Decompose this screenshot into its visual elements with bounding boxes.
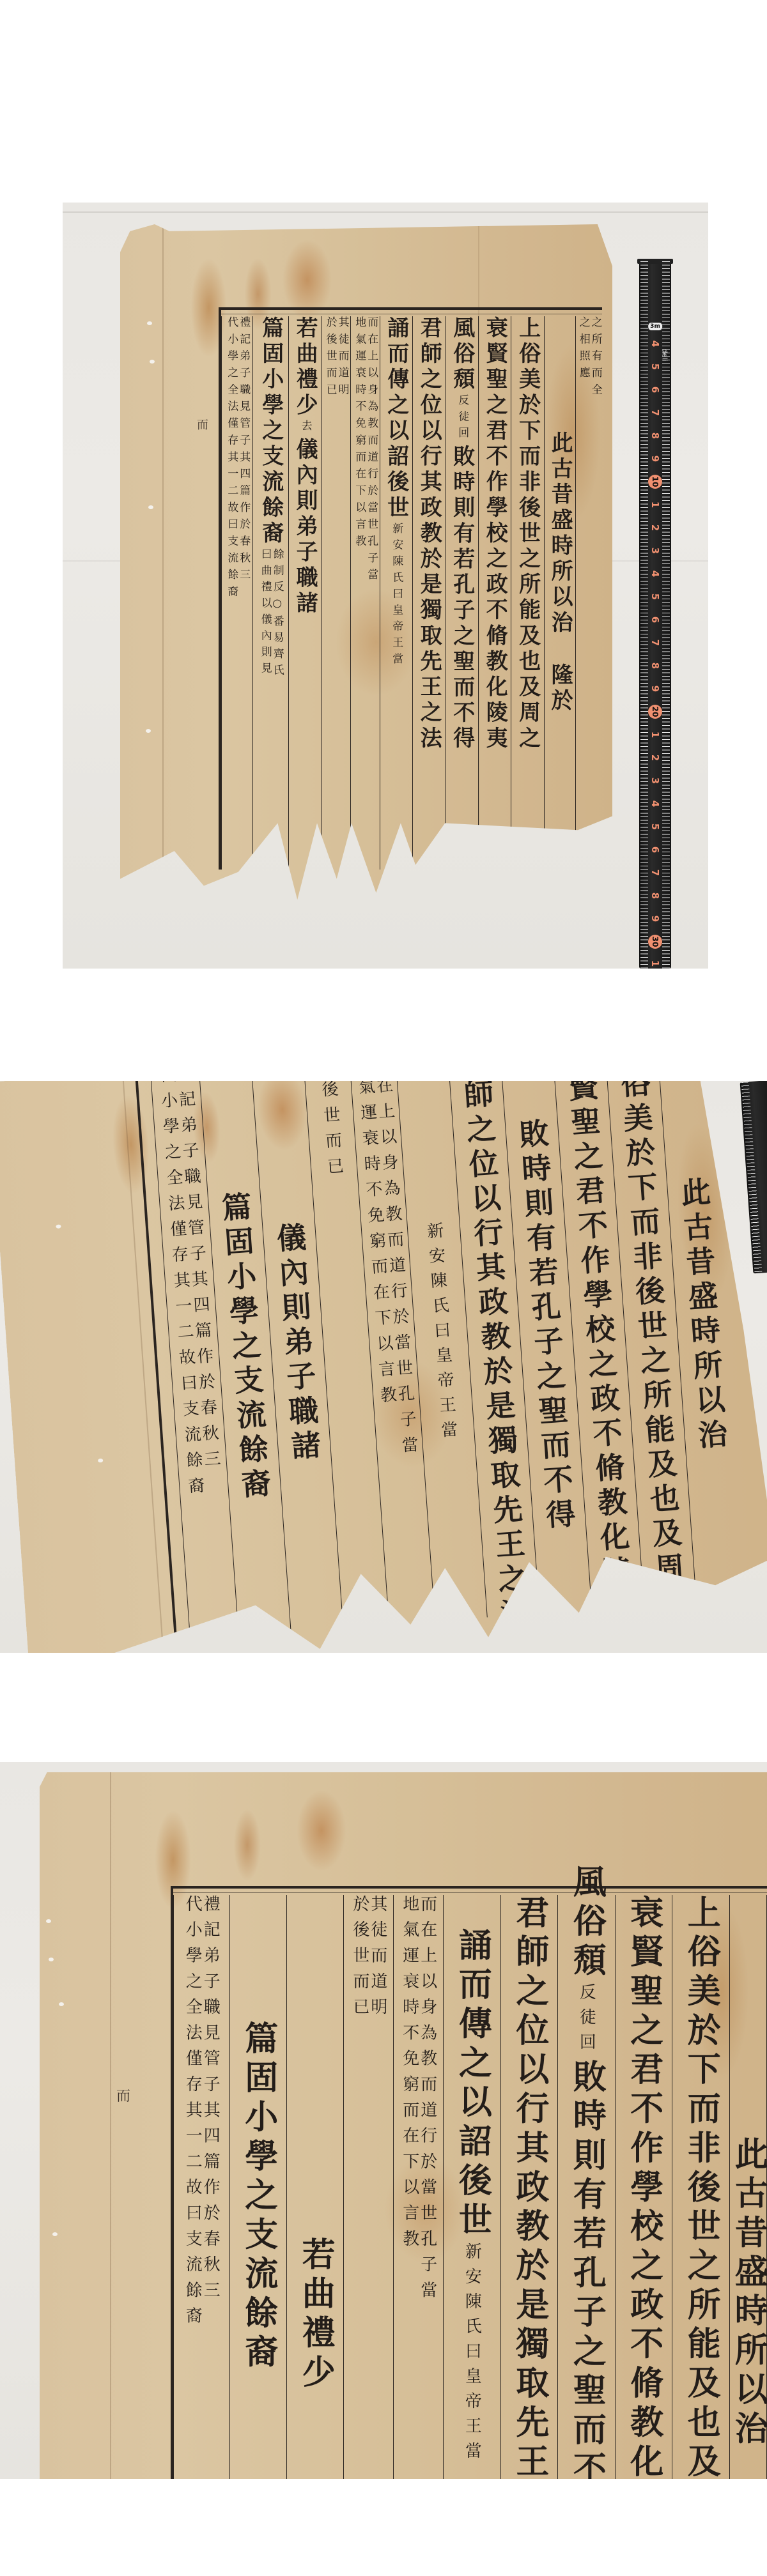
text-column: 君師之位以行其政教於是獨取先王之法 [500, 1895, 557, 2479]
printed-frame: 此古昔盛時所以治 上俗美於下而非後世之所能及也及周之 衰賢聖之君不作學校之政不脩… [134, 1081, 748, 1639]
text-column: 誦而傳之以詔後世 新安陳氏曰皇帝王當 [443, 1895, 500, 2479]
column-line: 衰賢聖之君不作學校之政不脩教化陵夷 [484, 316, 506, 870]
column-line: 篇固小學之支流餘裔 [260, 316, 282, 547]
tape-number: 8 [649, 663, 661, 669]
tape-number: 6 [649, 617, 661, 623]
column-line: 若曲禮少 [294, 316, 316, 418]
tape-number-30: 30 [648, 935, 662, 949]
text-column: 而在上以身為教而道行於當世孔子當 地氣運衰時不免窮而在下以言教 [350, 316, 380, 870]
tape-number-20: 20 [648, 705, 662, 719]
text-column: 風俗頹 反徒回 敗時則有若孔子之聖而不得 [445, 316, 477, 870]
column-line: 君師之位以行其政教於是獨取先王之法 [418, 316, 440, 870]
column-line: 之相照應 [578, 316, 589, 870]
antique-page: 而 之所有而全 之相照應 此古昔盛時所以治 隆於 上俗美於下而非後世之所能及也及… [120, 224, 612, 921]
column-line: 而在上以身為教而道行於當世孔子當 [419, 1895, 436, 2479]
column-line: 之所有而全 [590, 316, 601, 870]
text-column: 衰賢聖之君不作學校之政不脩教化陵夷 [478, 316, 511, 870]
column-line: 敗時則有若孔子之聖而不得 [569, 2059, 603, 2479]
printed-frame: 之所有而全 之相照應 此古昔盛時所以治 隆於 上俗美於下而非後世之所能及也及周之… [219, 307, 602, 870]
column-line: 若曲禮少 [298, 2237, 332, 2393]
column-line: 隆於 [549, 663, 571, 714]
column-line: 儀內則弟子職諸 [294, 438, 316, 617]
text-column: 若曲禮少 去 儀內則弟子職諸 [288, 316, 321, 870]
text-column: 風俗頹 反徒回 敗時則有若孔子之聖而不得 [557, 1895, 614, 2479]
frame-rule [173, 1892, 767, 1893]
tape-ticks [640, 261, 648, 969]
text-column: 誦而傳之以詔後世 新安陳氏曰皇帝王當 [380, 316, 412, 870]
antique-page: 此古昔盛時所以治 上俗美於下而非後世之所能及也及周之 衰賢聖之君不作學校之政不脩… [0, 1081, 767, 1653]
tape-number: 6 [649, 387, 661, 393]
column-line: 儀內則弟子職諸 [274, 1222, 320, 1466]
column-line: 代小學之全法僅存其一二故曰支流餘裔 [226, 316, 236, 870]
column-line: 篇固小學之支流餘裔 [219, 1191, 270, 1505]
tape-number: 1 [649, 732, 661, 738]
text-column: 其徒而道明 於後世而已 [321, 316, 350, 870]
margin-character: 而 [116, 2085, 130, 2105]
tape-number: 4 [649, 571, 661, 577]
tape-number: 1 [649, 502, 661, 508]
binding-hole [148, 505, 153, 509]
column-line: 風俗頹 [451, 316, 473, 393]
text-column: 上俗美於下而非後世之所能及也及周之 [511, 316, 543, 870]
column-line: 禮記弟子職見管子其四篇作於春秋三 [202, 1895, 219, 2479]
column-line: 新安陳氏曰皇帝王當 [425, 1221, 457, 1446]
binding-hole [150, 360, 155, 364]
column-line: 風俗頹 [569, 1864, 603, 1982]
tape-number: 9 [649, 456, 661, 462]
column-line: 敗時則有若孔子之聖而不得 [451, 445, 473, 752]
column-line: 代小學之全法僅存其一二故曰支流餘裔 [184, 1895, 201, 2479]
printed-frame: 之所有而全 之相照應 此古昔盛時所以治 上俗美於下而非後世之所能及也及周之 衰賢… [171, 1886, 767, 2479]
text-column: 禮記弟子職見管子其四篇作於春秋三 代小學之全法僅存其一二故曰支流餘裔 [173, 1895, 229, 2479]
text-column: 禮記弟子職見管子其四篇作於春秋三 代小學之全法僅存其一二故曰支流餘裔 [221, 316, 253, 870]
column-line: 地氣運衰時不免窮而在下以言教 [401, 1895, 418, 2479]
tape-number: 4 [649, 801, 661, 807]
binding-hole [147, 321, 152, 325]
tape-number: 9 [649, 686, 661, 692]
tape-number: 5 [649, 594, 661, 600]
tape-number: 8 [649, 893, 661, 899]
binding-hole [56, 1224, 61, 1229]
column-line: 其徒而道明 [337, 316, 348, 870]
tape-number: 9 [649, 916, 661, 922]
text-column: 衰賢聖之君不作學校之政不脩教化陵夷 [615, 1895, 672, 2479]
column-line: 去 [300, 420, 311, 436]
tape-number: 1 [649, 960, 661, 967]
text-column: 君師之位以行其政教於是獨取先王之法 [412, 316, 445, 870]
tape-number-10: 10 [648, 475, 662, 489]
tape-number: 7 [649, 410, 661, 416]
binding-hole [59, 2002, 64, 2006]
tape-number: 7 [649, 870, 661, 876]
text-column: 而在上以身為教而道行於當世孔子當 地氣運衰時不免窮而在下以言教 [393, 1895, 443, 2479]
wall-seam [63, 211, 708, 213]
binding-hole [98, 1459, 103, 1463]
tape-ticks [741, 1082, 763, 1273]
column-line: 此古昔盛時所以治 [549, 431, 571, 636]
tape-length-badge: 3m [648, 323, 662, 330]
column-line: 新安陳氏曰皇帝王當 [391, 523, 401, 670]
text-column: 其徒而道明 於後世而已 [343, 1895, 393, 2479]
tape-number: 2 [649, 755, 661, 761]
column-line: 餘制反○番易齊氏 [272, 548, 283, 680]
tape-number: 3 [649, 548, 661, 554]
column-line: 誦而傳之以詔後世 [385, 316, 407, 521]
fold-line [162, 224, 164, 921]
column-line: 地氣運衰時不免窮而在下以言教 [353, 316, 364, 870]
text-column: 上俗美於下而非後世之所能及也及周之 [672, 1895, 729, 2479]
text-columns: 此古昔盛時所以治 上俗美於下而非後世之所能及也及周之 衰賢聖之君不作學校之政不脩… [137, 1081, 748, 1639]
column-line: 君師之位以行其政教於是獨取先王之法 [513, 1895, 546, 2479]
binding-hole [49, 1958, 54, 1961]
fold-line [110, 1772, 111, 2479]
column-line: 曰曲禮以儀內則見 [260, 548, 270, 680]
photo-full-page: 而 之所有而全 之相照應 此古昔盛時所以治 隆於 上俗美於下而非後世之所能及也及… [63, 203, 708, 969]
column-line: 此古昔盛時所以治 [731, 2136, 764, 2450]
column-line: 新安陳氏曰皇帝王當 [463, 2242, 480, 2467]
text-column: 若曲禮少 [286, 1895, 343, 2479]
photo-closeup-upper: 而 之所有而全 之相照應 此古昔盛時所以治 上俗美於下而非後世之所能及也及周之 … [0, 1762, 767, 2479]
column-line: 上俗美於下而非後世之所能及也及周之 [517, 316, 539, 870]
tape-number: 3 [649, 778, 661, 784]
column-line: 於後世而已 [325, 316, 336, 870]
tape-number: 8 [649, 433, 661, 439]
column-line: 禮記弟子職見管子其四篇作於春秋三 [238, 316, 249, 870]
column-line: 衰賢聖之君不作學校之政不脩教化陵夷 [627, 1895, 660, 2479]
text-column: 此古昔盛時所以治 [729, 1895, 766, 2479]
column-line: 其徒而道明 [369, 1895, 386, 2479]
frame-rule [221, 314, 602, 314]
tape-ticks [662, 261, 670, 969]
tape-number: 7 [649, 640, 661, 646]
column-line: 篇固小學之支流餘裔 [242, 2021, 275, 2373]
photo-closeup-lower: 此古昔盛時所以治 上俗美於下而非後世之所能及也及周之 衰賢聖之君不作學校之政不脩… [0, 1081, 767, 1653]
tape-number: 5 [649, 364, 661, 370]
text-column: 此古昔盛時所以治 隆於 [544, 316, 576, 870]
column-line: 此古昔盛時所以治 [678, 1176, 727, 1455]
column-line: 誦而傳之以詔後世 [455, 1928, 488, 2241]
tape-number: 2 [649, 525, 661, 531]
binding-hole [46, 1919, 51, 1923]
column-line: 反徒回 [578, 1983, 594, 2058]
tape-brand: deli [660, 349, 669, 362]
binding-hole [52, 2232, 58, 2236]
column-line: 而在上以身為教而道行於當世孔子當 [366, 316, 376, 870]
tape-measure: 3m deli 4 5 6 7 8 9 10 1 2 3 4 5 6 7 8 9… [639, 261, 671, 969]
text-column: 篇固小學之支流餘裔 [229, 1895, 286, 2479]
tape-number: 5 [649, 824, 661, 830]
binding-hole [146, 729, 151, 733]
text-columns: 之所有而全 之相照應 此古昔盛時所以治 上俗美於下而非後世之所能及也及周之 衰賢… [173, 1895, 767, 2479]
margin-character: 而 [197, 416, 208, 433]
column-line: 上俗美於下而非後世之所能及也及周之 [684, 1895, 717, 2479]
column-line: 反徒回 [456, 394, 467, 443]
text-column: 之所有而全 之相照應 [575, 316, 602, 870]
tape-number: 6 [649, 847, 661, 853]
text-columns: 之所有而全 之相照應 此古昔盛時所以治 隆於 上俗美於下而非後世之所能及也及周之… [221, 316, 602, 870]
column-line: 於後世而已 [352, 1895, 368, 2479]
tape-measure [740, 1081, 767, 1273]
antique-page: 而 之所有而全 之相照應 此古昔盛時所以治 上俗美於下而非後世之所能及也及周之 … [40, 1772, 767, 2479]
text-column: 篇固小學之支流餘裔 餘制反○番易齊氏 曰曲禮以儀內則見 [252, 316, 288, 870]
tape-number: 4 [649, 341, 661, 347]
